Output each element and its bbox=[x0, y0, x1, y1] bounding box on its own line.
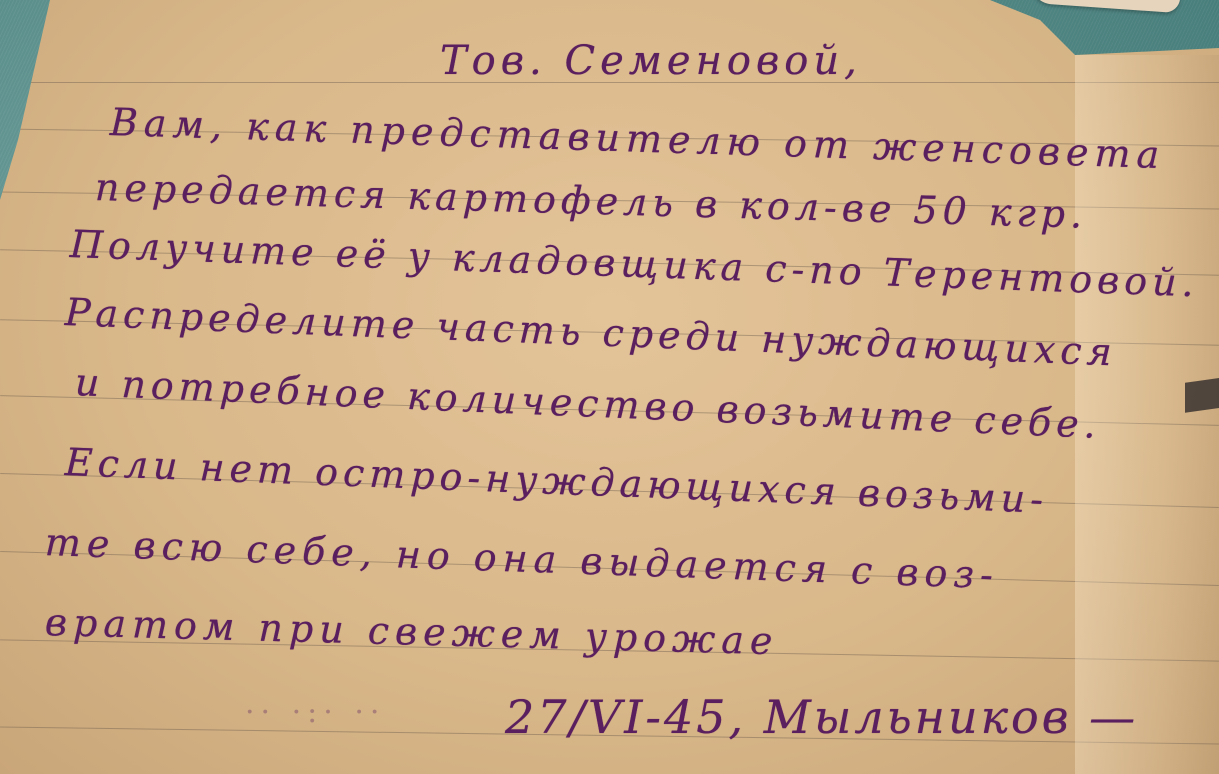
paper-scrap bbox=[1029, 0, 1180, 13]
letter-line-7: те всю себе, но она выдается с воз- bbox=[44, 520, 1000, 597]
letter-salutation: Тов. Семеновой, bbox=[440, 38, 862, 84]
letter-line-4: Распределите часть среди нуждающихся bbox=[64, 290, 1118, 374]
letter-line-1: Вам, как представителю от женсовета bbox=[109, 100, 1166, 177]
ink-smudges: ·· ·:· ·· bbox=[245, 695, 385, 730]
signature-block: 27/VI-45, Мыльников — bbox=[505, 690, 1138, 744]
letter-paper: Тов. Семеновой, Вам, как представителю о… bbox=[0, 0, 1219, 774]
letter-line-2: передается картофель в кол-ве 50 кгр. bbox=[94, 165, 1087, 237]
letter-line-8: вратом при свежем урожае bbox=[44, 600, 779, 663]
photo-scene: Тов. Семеновой, Вам, как представителю о… bbox=[0, 0, 1219, 774]
letter-line-5: и потребное количество возьмите себе. bbox=[74, 360, 1102, 447]
letter-line-6: Если нет остро-нуждающихся возьми- bbox=[64, 440, 1049, 522]
signature-name: Мыльников bbox=[764, 690, 1072, 744]
signature-date: 27/VI-45 bbox=[505, 690, 729, 744]
paper-tear-shadow bbox=[1185, 377, 1219, 413]
